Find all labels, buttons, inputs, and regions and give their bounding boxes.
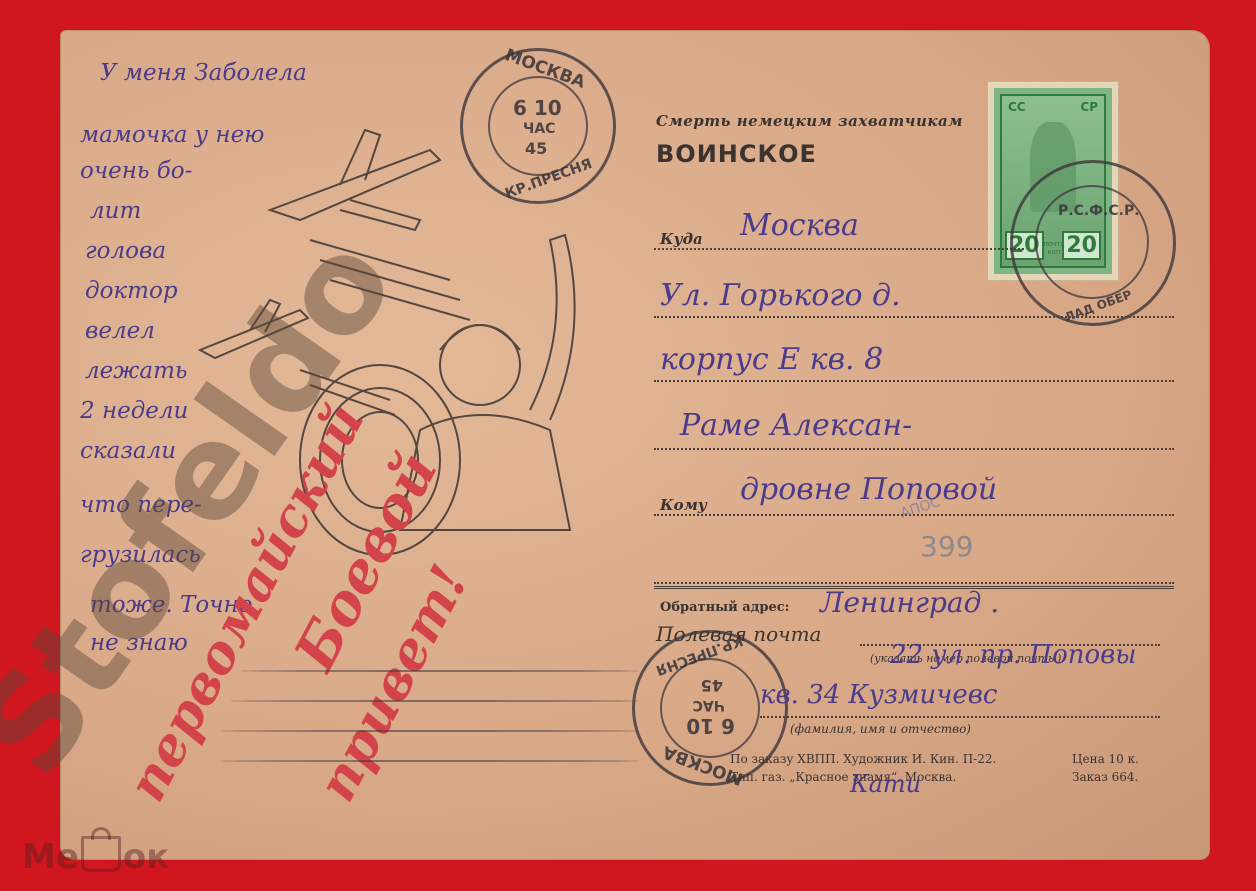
imprint-price: Цена 10 к. (1072, 752, 1139, 766)
return-street: 22 ул. пр. Поповы (890, 640, 1136, 670)
recipient-building: корпус Е кв. 8 (660, 342, 883, 377)
postcard: У меня Заболела мамочка у нею очень бо- … (60, 30, 1210, 860)
label-field-post: Полевая почта (656, 622, 821, 646)
address-line (654, 380, 1174, 382)
return-apartment: кв. 34 Кузмичевс (760, 680, 997, 710)
censor-number: 399 (920, 530, 973, 563)
cancellation-line (240, 670, 640, 672)
label-return-address: Обратный адрес: (660, 600, 789, 615)
recipient-name-2: дровне Поповой (740, 472, 997, 507)
message-line: голова (85, 238, 166, 264)
postmark-stamp: Р.С.Ф.С.Р. ЛАД ОБЕР (1010, 160, 1176, 326)
imprint-line-1: По заказу ХВПП. Художник И. Кин. П-22. (730, 752, 996, 766)
return-city: Ленинград . (820, 586, 999, 619)
recipient-name-1: Рамe Алексан- (680, 408, 912, 443)
message-line: лежать (85, 358, 187, 384)
message-line: У меня Заболела (100, 60, 307, 86)
card-type: ВОИНСКОЕ (656, 140, 817, 168)
shopping-bag-icon (81, 836, 121, 872)
cancellation-line (220, 760, 640, 762)
message-line: очень бо- (80, 158, 192, 184)
cancellation-line (230, 700, 640, 702)
address-line (654, 316, 1174, 318)
site-logo: Меок (22, 836, 169, 877)
header-slogan: Смерть немецким захватчикам (656, 112, 963, 130)
cancellation-line (220, 730, 640, 732)
label-to-whom: Кому (660, 496, 707, 514)
imprint-line-2: Тип. газ. „Красное знамя“, Москва. (730, 770, 956, 784)
address-line (760, 716, 1160, 718)
postmark-moscow-top: МОСКВА 6 10 ЧАС 45 КР.ПРЕСНЯ (460, 48, 616, 204)
address-line (654, 248, 1024, 250)
label-to-where: Куда (660, 230, 703, 248)
imprint-order: Заказ 664. (1072, 770, 1138, 784)
address-line (654, 582, 1174, 584)
message-line: доктор (85, 278, 178, 304)
message-line: лит (90, 198, 141, 224)
recipient-city: Москва (740, 208, 859, 243)
address-line (654, 448, 1174, 450)
name-hint: (фамилия, имя и отчество) (790, 722, 971, 736)
recipient-street: Ул. Горького д. (660, 278, 901, 313)
message-line: велел (85, 318, 155, 344)
